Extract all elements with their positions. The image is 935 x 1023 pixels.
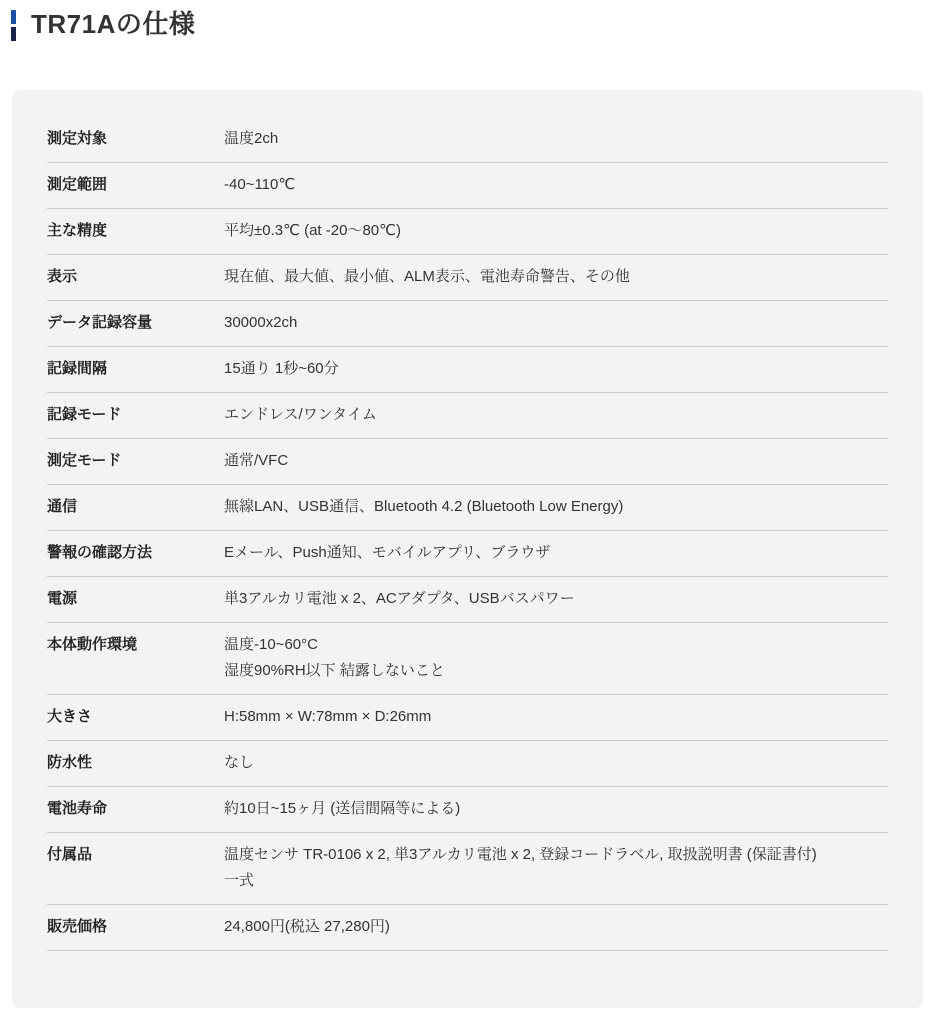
row-value: 温度2ch <box>224 126 888 152</box>
row-value: 現在値、最大値、最小値、ALM表示、電池寿命警告、その他 <box>224 264 888 290</box>
row-value: 平均±0.3℃ (at -20〜80℃) <box>224 218 888 244</box>
row-value: エンドレス/ワンタイム <box>224 402 888 428</box>
row-label: 警報の確認方法 <box>47 540 224 566</box>
page-header: TR71Aの仕様 <box>0 0 935 90</box>
row-value: -40~110℃ <box>224 172 888 198</box>
table-row: 測定対象 温度2ch <box>47 117 888 163</box>
table-row: 測定モード 通常/VFC <box>47 439 888 485</box>
title-accent-bar-bottom <box>11 27 16 41</box>
row-label: 測定対象 <box>47 126 224 152</box>
page-title: TR71Aの仕様 <box>31 7 935 41</box>
title-accent-bar-icon <box>11 10 16 41</box>
row-value: 温度-10~60°C 湿度90%RH以下 結露しないこと <box>224 632 888 684</box>
table-row: 記録間隔 15通り 1秒~60分 <box>47 347 888 393</box>
row-label: 付属品 <box>47 842 224 868</box>
row-value: なし <box>224 750 888 776</box>
row-value: 単3アルカリ電池 x 2、ACアダプタ、USBバスパワー <box>224 586 888 612</box>
table-row: 付属品 温度センサ TR-0106 x 2, 単3アルカリ電池 x 2, 登録コ… <box>47 833 888 905</box>
table-row: 表示 現在値、最大値、最小値、ALM表示、電池寿命警告、その他 <box>47 255 888 301</box>
row-label: 記録間隔 <box>47 356 224 382</box>
row-label: 主な精度 <box>47 218 224 244</box>
row-value: 無線LAN、USB通信、Bluetooth 4.2 (Bluetooth Low… <box>224 494 888 520</box>
row-value: H:58mm × W:78mm × D:26mm <box>224 704 888 730</box>
title-accent-bar-top <box>11 10 16 24</box>
row-value: Eメール、Push通知、モバイルアプリ、ブラウザ <box>224 540 888 566</box>
table-row: 警報の確認方法 Eメール、Push通知、モバイルアプリ、ブラウザ <box>47 531 888 577</box>
row-label: 測定範囲 <box>47 172 224 198</box>
table-row: 大きさ H:58mm × W:78mm × D:26mm <box>47 695 888 741</box>
table-row: 防水性 なし <box>47 741 888 787</box>
row-label: データ記録容量 <box>47 310 224 336</box>
row-label: 測定モード <box>47 448 224 474</box>
row-label: 本体動作環境 <box>47 632 224 658</box>
row-value: 約10日~15ヶ月 (送信間隔等による) <box>224 796 888 822</box>
table-row: 販売価格 24,800円(税込 27,280円) <box>47 905 888 951</box>
row-value: 24,800円(税込 27,280円) <box>224 914 888 940</box>
row-label: 販売価格 <box>47 914 224 940</box>
table-row: 測定範囲 -40~110℃ <box>47 163 888 209</box>
row-label: 防水性 <box>47 750 224 776</box>
row-label: 大きさ <box>47 704 224 730</box>
row-value: 30000x2ch <box>224 310 888 336</box>
spec-table: 測定対象 温度2ch 測定範囲 -40~110℃ 主な精度 平均±0.3℃ (a… <box>47 117 888 951</box>
row-label: 電源 <box>47 586 224 612</box>
row-value: 15通り 1秒~60分 <box>224 356 888 382</box>
row-label: 電池寿命 <box>47 796 224 822</box>
row-label: 表示 <box>47 264 224 290</box>
table-row: 電源 単3アルカリ電池 x 2、ACアダプタ、USBバスパワー <box>47 577 888 623</box>
row-label: 記録モード <box>47 402 224 428</box>
table-row: 電池寿命 約10日~15ヶ月 (送信間隔等による) <box>47 787 888 833</box>
table-row: 記録モード エンドレス/ワンタイム <box>47 393 888 439</box>
spec-card: 測定対象 温度2ch 測定範囲 -40~110℃ 主な精度 平均±0.3℃ (a… <box>12 90 923 1008</box>
table-row: データ記録容量 30000x2ch <box>47 301 888 347</box>
table-row: 主な精度 平均±0.3℃ (at -20〜80℃) <box>47 209 888 255</box>
page: TR71Aの仕様 測定対象 温度2ch 測定範囲 -40~110℃ 主な精度 平… <box>0 0 935 1008</box>
table-row: 本体動作環境 温度-10~60°C 湿度90%RH以下 結露しないこと <box>47 623 888 695</box>
row-value: 通常/VFC <box>224 448 888 474</box>
table-row: 通信 無線LAN、USB通信、Bluetooth 4.2 (Bluetooth … <box>47 485 888 531</box>
row-value: 温度センサ TR-0106 x 2, 単3アルカリ電池 x 2, 登録コードラベ… <box>224 842 888 894</box>
row-label: 通信 <box>47 494 224 520</box>
